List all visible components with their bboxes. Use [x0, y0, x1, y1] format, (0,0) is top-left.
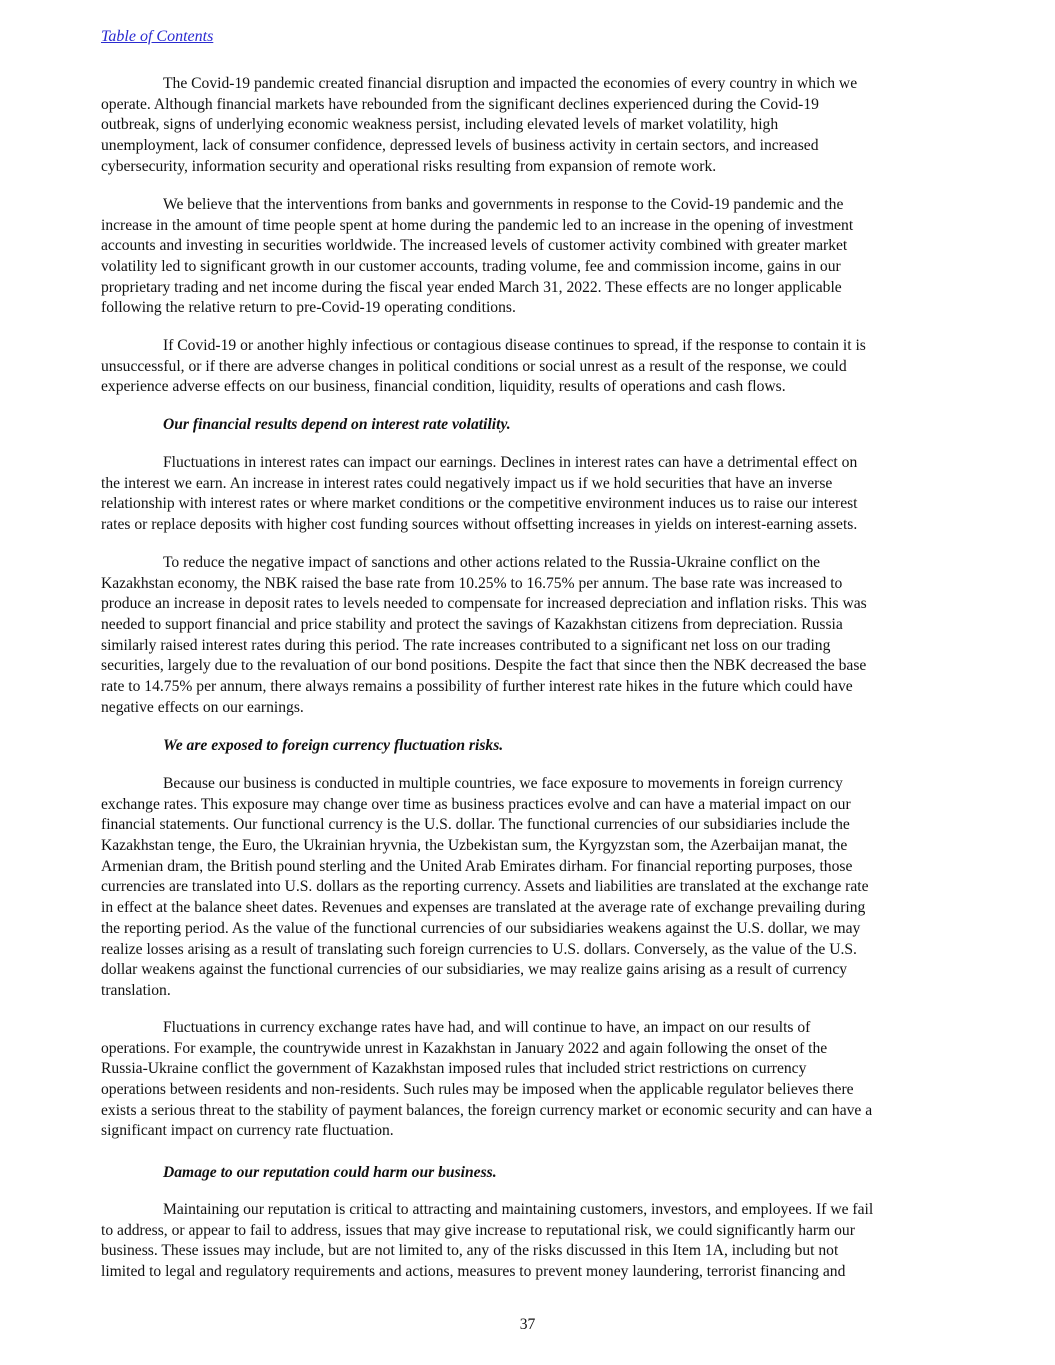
text-line: business. These issues may include, but …	[101, 1241, 971, 1262]
text-line: The Covid-19 pandemic created financial …	[101, 74, 971, 95]
text-line: rate to 14.75% per annum, there always r…	[101, 677, 971, 698]
text-line: similarly raised interest rates during t…	[101, 636, 971, 657]
text-line: in effect at the balance sheet dates. Re…	[101, 898, 971, 919]
paragraph-covid-interventions: We believe that the interventions from b…	[101, 195, 971, 319]
paragraph-reputation: Maintaining our reputation is critical t…	[101, 1200, 971, 1283]
text-line: produce an increase in deposit rates to …	[101, 594, 971, 615]
text-line: operations between residents and non-res…	[101, 1080, 971, 1101]
text-line: Armenian dram, the British pound sterlin…	[101, 857, 971, 878]
paragraph-covid-spread: If Covid-19 or another highly infectious…	[101, 336, 971, 398]
text-line: the reporting period. As the value of th…	[101, 919, 971, 940]
text-line: cybersecurity, information security and …	[101, 157, 971, 178]
section-heading-interest-rate: Our financial results depend on interest…	[163, 415, 511, 436]
paragraph-currency-fluctuations: Fluctuations in currency exchange rates …	[101, 1018, 971, 1142]
text-line: exchange rates. This exposure may change…	[101, 795, 971, 816]
text-line: experience adverse effects on our busine…	[101, 377, 971, 398]
text-line: financial statements. Our functional cur…	[101, 815, 971, 836]
text-line: Because our business is conducted in mul…	[101, 774, 971, 795]
text-line: volatility led to significant growth in …	[101, 257, 971, 278]
text-line: To reduce the negative impact of sanctio…	[101, 553, 971, 574]
text-line: Kazakhstan tenge, the Euro, the Ukrainia…	[101, 836, 971, 857]
text-line: to address, or appear to fail to address…	[101, 1221, 971, 1242]
text-line: realize losses arising as a result of tr…	[101, 940, 971, 961]
text-line: operate. Although financial markets have…	[101, 95, 971, 116]
paragraph-covid-impact: The Covid-19 pandemic created financial …	[101, 74, 971, 177]
text-line: proprietary trading and net income durin…	[101, 278, 971, 299]
text-line: negative effects on our earnings.	[101, 698, 971, 719]
text-line: increase in the amount of time people sp…	[101, 216, 971, 237]
text-line: Maintaining our reputation is critical t…	[101, 1200, 971, 1221]
text-line: unsuccessful, or if there are adverse ch…	[101, 357, 971, 378]
text-line: dollar weakens against the functional cu…	[101, 960, 971, 981]
text-line: unemployment, lack of consumer confidenc…	[101, 136, 971, 157]
text-line: significant impact on currency rate fluc…	[101, 1121, 971, 1142]
text-line: translation.	[101, 981, 971, 1002]
section-heading-currency: We are exposed to foreign currency fluct…	[163, 736, 503, 757]
paragraph-nbk-rates: To reduce the negative impact of sanctio…	[101, 553, 971, 719]
section-heading-reputation: Damage to our reputation could harm our …	[163, 1163, 497, 1184]
text-line: currencies are translated into U.S. doll…	[101, 877, 971, 898]
text-line: Fluctuations in interest rates can impac…	[101, 453, 971, 474]
text-line: relationship with interest rates or wher…	[101, 494, 971, 515]
text-line: If Covid-19 or another highly infectious…	[101, 336, 971, 357]
text-line: We believe that the interventions from b…	[101, 195, 971, 216]
text-line: Russia-Ukraine conflict the government o…	[101, 1059, 971, 1080]
text-line: operations. For example, the countrywide…	[101, 1039, 971, 1060]
text-line: accounts and investing in securities wor…	[101, 236, 971, 257]
text-line: the interest we earn. An increase in int…	[101, 474, 971, 495]
text-line: outbreak, signs of underlying economic w…	[101, 115, 971, 136]
text-line: Fluctuations in currency exchange rates …	[101, 1018, 971, 1039]
text-line: securities, largely due to the revaluati…	[101, 656, 971, 677]
paragraph-interest-fluctuations: Fluctuations in interest rates can impac…	[101, 453, 971, 536]
text-line: rates or replace deposits with higher co…	[101, 515, 971, 536]
text-line: Kazakhstan economy, the NBK raised the b…	[101, 574, 971, 595]
paragraph-currency-exposure: Because our business is conducted in mul…	[101, 774, 971, 1002]
text-line: needed to support financial and price st…	[101, 615, 971, 636]
text-line: limited to legal and regulatory requirem…	[101, 1262, 971, 1283]
page-number: 37	[0, 1315, 1055, 1335]
table-of-contents-link[interactable]: Table of Contents	[101, 27, 213, 47]
text-line: exists a serious threat to the stability…	[101, 1101, 971, 1122]
text-line: following the relative return to pre-Cov…	[101, 298, 971, 319]
